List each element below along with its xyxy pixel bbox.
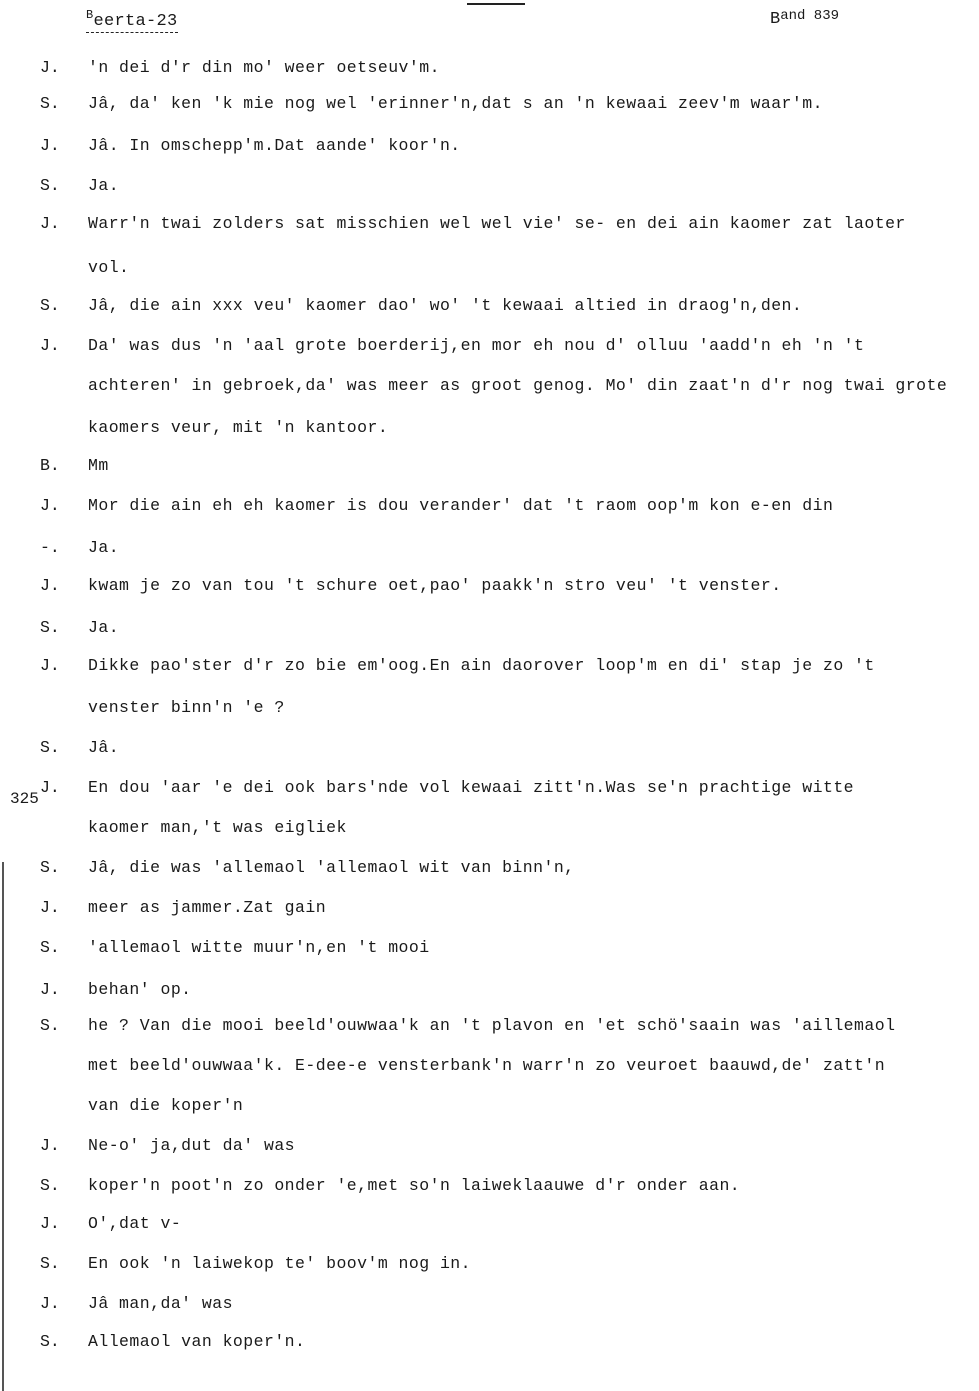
title-underlined: Beerta-23: [86, 12, 178, 33]
speaker-label: S.: [40, 938, 80, 957]
speaker-label: J.: [40, 980, 80, 999]
utterance-text: behan' op.: [88, 980, 192, 999]
utterance-text: kwam je zo van tou 't schure oet,pao' pa…: [88, 576, 782, 595]
utterance-text: venster binn'n 'e ?: [88, 698, 285, 717]
utterance-text: Ja.: [88, 618, 119, 637]
utterance-text: En dou 'aar 'e dei ook bars'nde vol kewa…: [88, 778, 854, 797]
utterance-text: Jâ man,da' was: [88, 1294, 233, 1313]
utterance-text: 'allemaol witte muur'n,en 't mooi: [88, 938, 430, 957]
utterance-text: van die koper'n: [88, 1096, 243, 1115]
utterance-text: Jâ, die ain xxx veu' kaomer dao' wo' 't …: [88, 296, 802, 315]
speaker-label: J.: [40, 214, 80, 233]
speaker-label: J.: [40, 1136, 80, 1155]
title-initial: B: [86, 8, 94, 22]
band-rest: and 839: [780, 8, 839, 24]
utterance-text: met beeld'ouwwaa'k. E-dee-e vensterbank'…: [88, 1056, 885, 1075]
utterance-text: vol.: [88, 258, 129, 277]
utterance-text: En ook 'n laiwekop te' boov'm nog in.: [88, 1254, 471, 1273]
speaker-label: S.: [40, 296, 80, 315]
speaker-label: S.: [40, 176, 80, 195]
top-rule: [467, 3, 525, 5]
utterance-text: Ja.: [88, 538, 119, 557]
utterance-text: Jâ, da' ken 'k mie nog wel 'erinner'n,da…: [88, 94, 823, 113]
speaker-label: S.: [40, 1016, 80, 1035]
utterance-text: koper'n poot'n zo onder 'e,met so'n laiw…: [88, 1176, 740, 1195]
title-rest: eerta-23: [94, 12, 178, 31]
utterance-text: he ? Van die mooi beeld'ouwwaa'k an 't p…: [88, 1016, 895, 1035]
utterance-text: meer as jammer.Zat gain: [88, 898, 326, 917]
band-initial: B: [770, 10, 780, 29]
left-margin-rule: [2, 862, 4, 1391]
utterance-text: achteren' in gebroek,da' was meer as gro…: [88, 376, 947, 395]
utterance-text: Warr'n twai zolders sat misschien wel we…: [88, 214, 906, 233]
speaker-label: B.: [40, 456, 80, 475]
speaker-label: J.: [40, 136, 80, 155]
utterance-text: Mor die ain eh eh kaomer is dou verander…: [88, 496, 833, 515]
utterance-text: kaomer man,'t was eigliek: [88, 818, 347, 837]
speaker-label: S.: [40, 858, 80, 877]
speaker-label: S.: [40, 738, 80, 757]
speaker-label: J.: [40, 656, 80, 675]
speaker-label: S.: [40, 618, 80, 637]
margin-note: 325: [10, 790, 39, 808]
speaker-label: S.: [40, 1176, 80, 1195]
utterance-text: Jâ. In omschepp'm.Dat aande' koor'n.: [88, 136, 461, 155]
speaker-label: J.: [40, 898, 80, 917]
speaker-label: S.: [40, 1332, 80, 1351]
speaker-label: S.: [40, 94, 80, 113]
speaker-label: J.: [40, 58, 80, 77]
utterance-text: O',dat v-: [88, 1214, 181, 1233]
utterance-text: Dikke pao'ster d'r zo bie em'oog.En ain …: [88, 656, 875, 675]
speaker-label: S.: [40, 1254, 80, 1273]
document-title: Beerta-23: [86, 12, 178, 31]
band-number: Band 839: [770, 10, 839, 29]
speaker-label: J.: [40, 1294, 80, 1313]
utterance-text: Mm: [88, 456, 109, 475]
utterance-text: Ne-o' ja,dut da' was: [88, 1136, 295, 1155]
speaker-label: J.: [40, 778, 80, 797]
utterance-text: kaomers veur, mit 'n kantoor.: [88, 418, 388, 437]
speaker-label: -.: [40, 538, 80, 557]
speaker-label: J.: [40, 1214, 80, 1233]
speaker-label: J.: [40, 336, 80, 355]
speaker-label: J.: [40, 496, 80, 515]
utterance-text: Allemaol van koper'n.: [88, 1332, 305, 1351]
speaker-label: J.: [40, 576, 80, 595]
utterance-text: 'n dei d'r din mo' weer oetseuv'm.: [88, 58, 440, 77]
utterance-text: Da' was dus 'n 'aal grote boerderij,en m…: [88, 336, 864, 355]
utterance-text: Ja.: [88, 176, 119, 195]
utterance-text: Jâ.: [88, 738, 119, 757]
utterance-text: Jâ, die was 'allemaol 'allemaol wit van …: [88, 858, 575, 877]
